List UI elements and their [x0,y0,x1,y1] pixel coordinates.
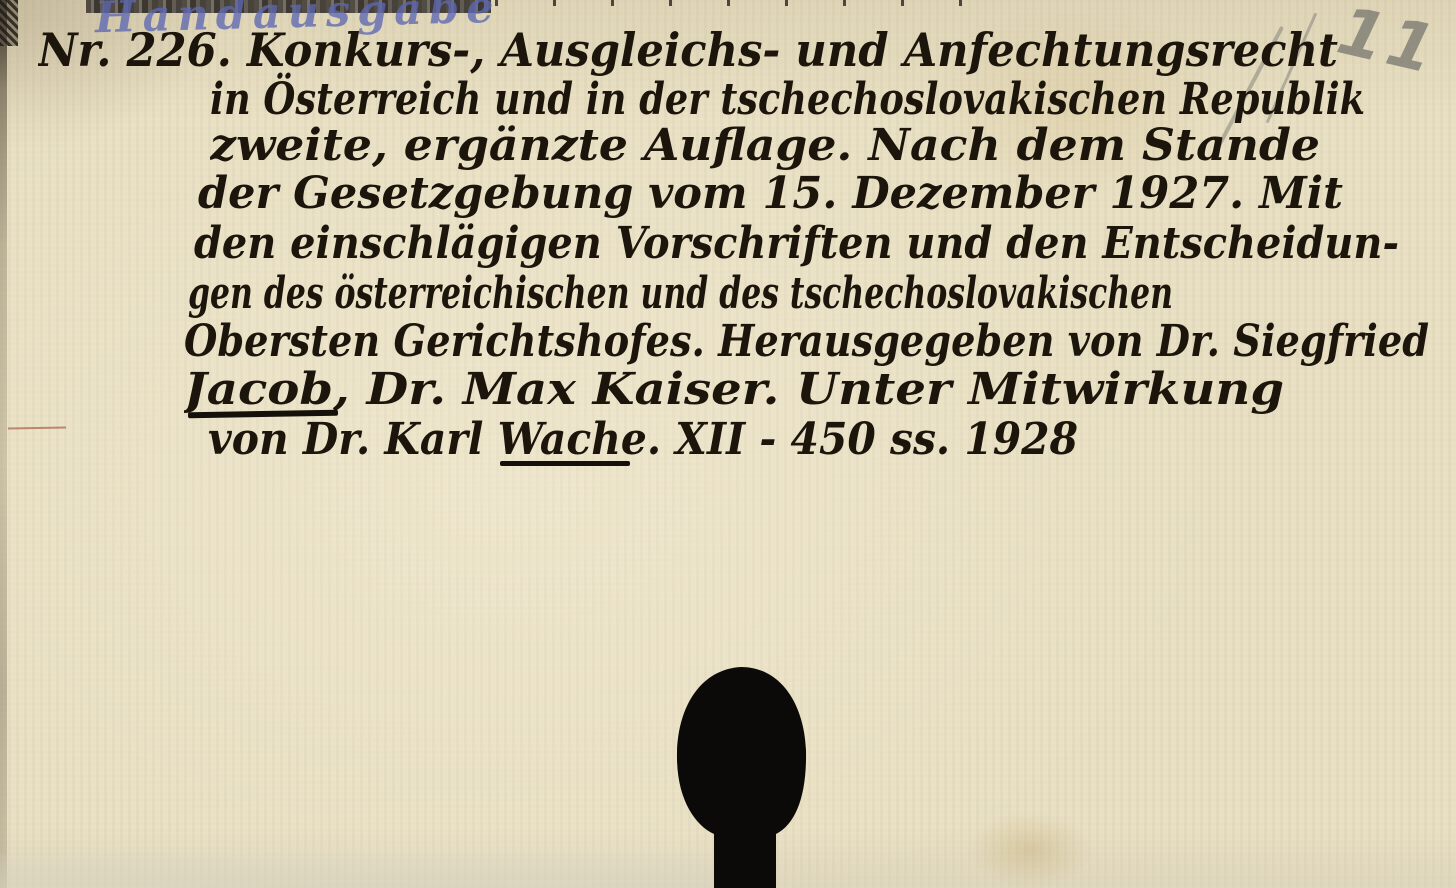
top-left-corner-smudge [0,0,18,46]
catalog-card-scan: Handausgabe 11 Nr. 226. Konkurs-, Ausgle… [0,0,1456,888]
svg-text:von Dr. Karl Wache. XII - 450: von Dr. Karl Wache. XII - 450 ss. 1928 [208,414,1078,465]
top-edge-ticks [495,0,965,6]
punch-hole [650,655,830,888]
handwritten-line-9: von Dr. Karl Wache. XII - 450 ss. 1928 [208,404,1098,470]
red-fiber-line [8,426,66,429]
underline-wache [500,461,630,466]
left-edge-strip [0,0,7,888]
